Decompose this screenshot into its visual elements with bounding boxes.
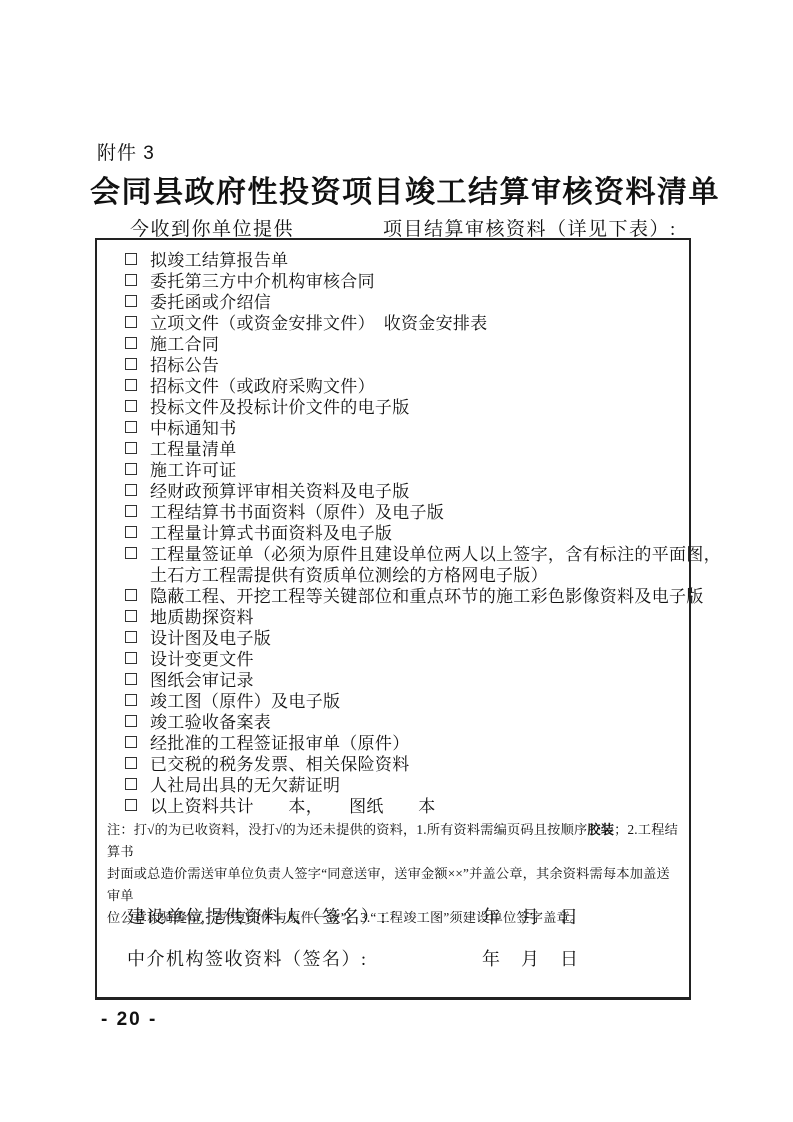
checklist-item: 拟竣工结算报告单: [125, 248, 685, 269]
checklist-item: 立项文件（或资金安排文件） 收资金安排表: [125, 311, 685, 332]
checklist-item: 设计图及电子版: [125, 626, 685, 647]
checkbox[interactable]: [125, 379, 137, 391]
checklist-item: 地质勘探资料: [125, 605, 685, 626]
checklist-item: 委托函或介绍信: [125, 290, 685, 311]
checklist-item: 施工合同: [125, 332, 685, 353]
page-title: 会同县政府性投资项目竣工结算审核资料清单: [90, 167, 704, 211]
checkbox[interactable]: [125, 274, 137, 286]
checklist-item: 以上资料共计 本， 图纸 本: [125, 794, 685, 815]
checklist-item: 竣工验收备案表: [125, 710, 685, 731]
checklist-item: 投标文件及投标计价文件的电子版: [125, 395, 685, 416]
checkbox[interactable]: [125, 715, 137, 727]
checkbox[interactable]: [125, 778, 137, 790]
checkbox[interactable]: [125, 757, 137, 769]
checkbox[interactable]: [125, 316, 137, 328]
document-page: 附件 3 会同县政府性投资项目竣工结算审核资料清单 今收到你单位提供 项目结算审…: [0, 0, 793, 1122]
checkbox[interactable]: [125, 652, 137, 664]
checklist-item: 招标文件（或政府采购文件）: [125, 374, 685, 395]
builder-signature-date: 年 月 日: [482, 903, 580, 929]
checkbox[interactable]: [125, 736, 137, 748]
checklist-item: 施工许可证: [125, 458, 685, 479]
checkbox[interactable]: [125, 610, 137, 622]
checkbox[interactable]: [125, 337, 137, 349]
intro-received-text: 今收到你单位提供: [130, 214, 294, 241]
intro-line: 今收到你单位提供 项目结算审核资料（详见下表）:: [95, 214, 691, 238]
checklist-item: 竣工图（原件）及电子版: [125, 689, 685, 710]
note-line1-bold: 胶装: [587, 822, 614, 837]
checklist-item: 委托第三方中介机构审核合同: [125, 269, 685, 290]
checkbox[interactable]: [125, 295, 137, 307]
checkbox[interactable]: [125, 253, 137, 265]
checklist-item-label: 以上资料共计 本， 图纸 本: [150, 792, 436, 817]
attachment-label: 附件 3: [97, 138, 155, 165]
signature-row-agency: 中介机构签收资料（签名）: 年 月 日: [127, 945, 368, 971]
checklist-item: 工程量签证单（必须为原件且建设单位两人以上签字，含有标注的平面图，: [125, 542, 685, 563]
agency-signature-label: 中介机构签收资料（签名）:: [127, 949, 368, 969]
checklist-box: 拟竣工结算报告单 委托第三方中介机构审核合同 委托函或介绍信 立项文件（或资金安…: [95, 238, 691, 1000]
checkbox[interactable]: [125, 547, 137, 559]
checkbox[interactable]: [125, 589, 137, 601]
checkbox[interactable]: [125, 400, 137, 412]
checkbox[interactable]: [125, 694, 137, 706]
checklist-item: 中标通知书: [125, 416, 685, 437]
checkbox[interactable]: [125, 358, 137, 370]
builder-signature-label: 建设单位提供资料人（签名）:: [127, 907, 387, 927]
checklist-item: 人社局出具的无欠薪证明: [125, 773, 685, 794]
checklist-item: 工程量计算式书面资料及电子版: [125, 521, 685, 542]
signature-row-builder: 建设单位提供资料人（签名）: 年 月 日: [127, 903, 387, 929]
checklist-item: 已交税的税务发票、相关保险资料: [125, 752, 685, 773]
checklist-item: 经批准的工程签证报审单（原件）: [125, 731, 685, 752]
checklist-item-continuation: 土石方工程需提供有资质单位测绘的方格网电子版）: [125, 563, 685, 584]
note-line-2: 封面或总造价需送审单位负责人签字“同意送审，送审金额××”并盖公章，其余资料需每…: [107, 863, 680, 907]
checklist-item: 工程结算书书面资料（原件）及电子版: [125, 500, 685, 521]
checklist-item: 工程量清单: [125, 437, 685, 458]
checklist-item: 招标公告: [125, 353, 685, 374]
checklist-item: 设计变更文件: [125, 647, 685, 668]
note-line1-pre: 注：打√的为已收资料，没打√的为还未提供的资料，1.所有资料需编页码且按顺序: [107, 822, 587, 837]
checklist-item: 经财政预算评审相关资料及电子版: [125, 479, 685, 500]
checklist: 拟竣工结算报告单 委托第三方中介机构审核合同 委托函或介绍信 立项文件（或资金安…: [97, 240, 689, 815]
checkbox[interactable]: [125, 463, 137, 475]
note-line-1: 注：打√的为已收资料，没打√的为还未提供的资料，1.所有资料需编页码且按顺序胶装…: [107, 819, 680, 863]
checkbox[interactable]: [125, 799, 137, 811]
checkbox[interactable]: [125, 505, 137, 517]
agency-signature-date: 年 月 日: [482, 945, 580, 971]
checkbox[interactable]: [125, 442, 137, 454]
checkbox[interactable]: [125, 484, 137, 496]
checkbox[interactable]: [125, 421, 137, 433]
checkbox[interactable]: [125, 631, 137, 643]
checklist-item: 图纸会审记录: [125, 668, 685, 689]
page-number: - 20 -: [101, 1009, 157, 1031]
checkbox[interactable]: [125, 526, 137, 538]
checkbox[interactable]: [125, 673, 137, 685]
intro-materials-text: 项目结算审核资料（详见下表）:: [383, 214, 677, 241]
checklist-item: 隐蔽工程、开挖工程等关键部位和重点环节的施工彩色影像资料及电子版: [125, 584, 685, 605]
